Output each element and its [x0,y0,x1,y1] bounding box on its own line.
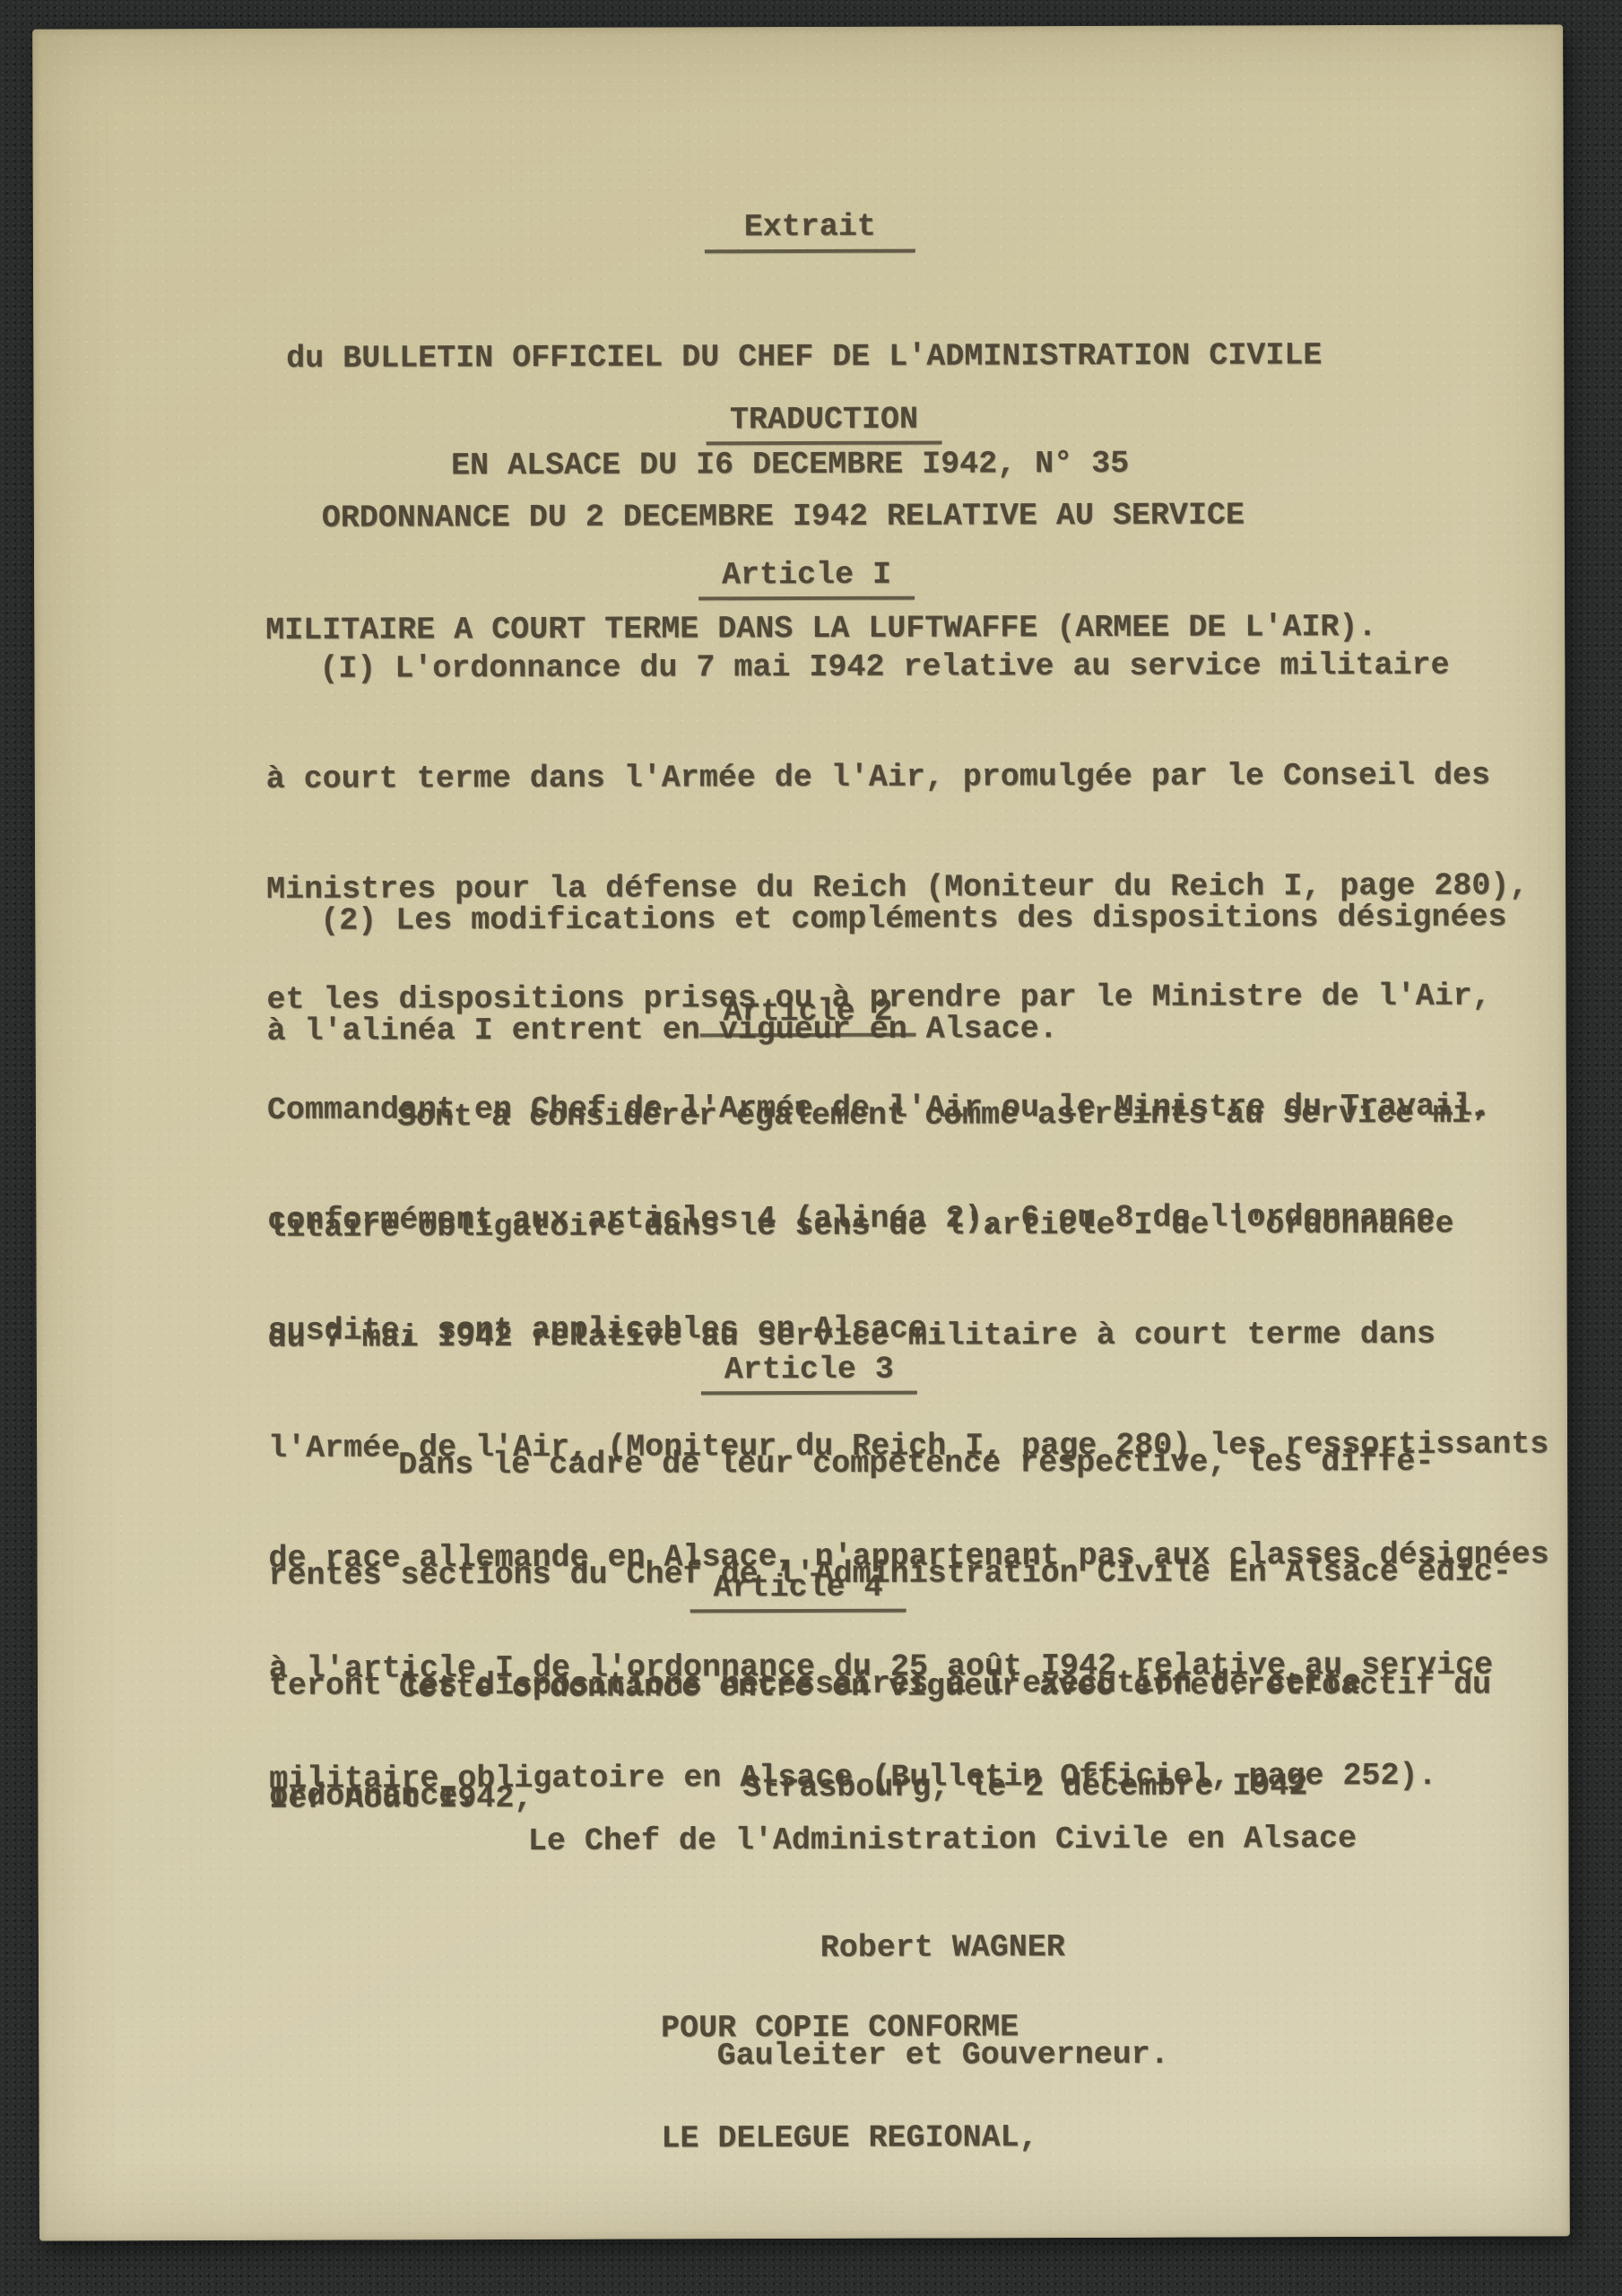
certification-line-1: POUR COPIE CONFORME [661,2006,1557,2048]
signature-office: Le Chef de l'Administration Civile en Al… [528,1821,1357,1859]
paragraph-line: litaire obligatoire dans le sens de l'ar… [267,1205,1622,1248]
certification-line-2: LE DELEGUE REGIONAL, [661,2117,1557,2158]
paragraph-line: (I) L'ordonnance du 7 mai I942 relative … [265,646,1622,689]
paragraph-line: à court terme dans l'Armée de l'Air, pro… [266,756,1622,799]
paragraph-line: Dans le cadre de leur compétence respect… [268,1442,1622,1485]
paragraph-line: (2) Les modifications et compléments des… [266,898,1622,941]
document-page: Extrait du BULLETIN OFFICIEL DU CHEF DE … [32,24,1570,2240]
paragraph-line: Sont a considérer également comme astrei… [267,1094,1622,1137]
scan-background: Extrait du BULLETIN OFFICIEL DU CHEF DE … [0,0,1622,2296]
document-title: Extrait [705,209,915,254]
certification-block: POUR COPIE CONFORME LE DELEGUE REGIONAL, [661,1935,1558,2230]
